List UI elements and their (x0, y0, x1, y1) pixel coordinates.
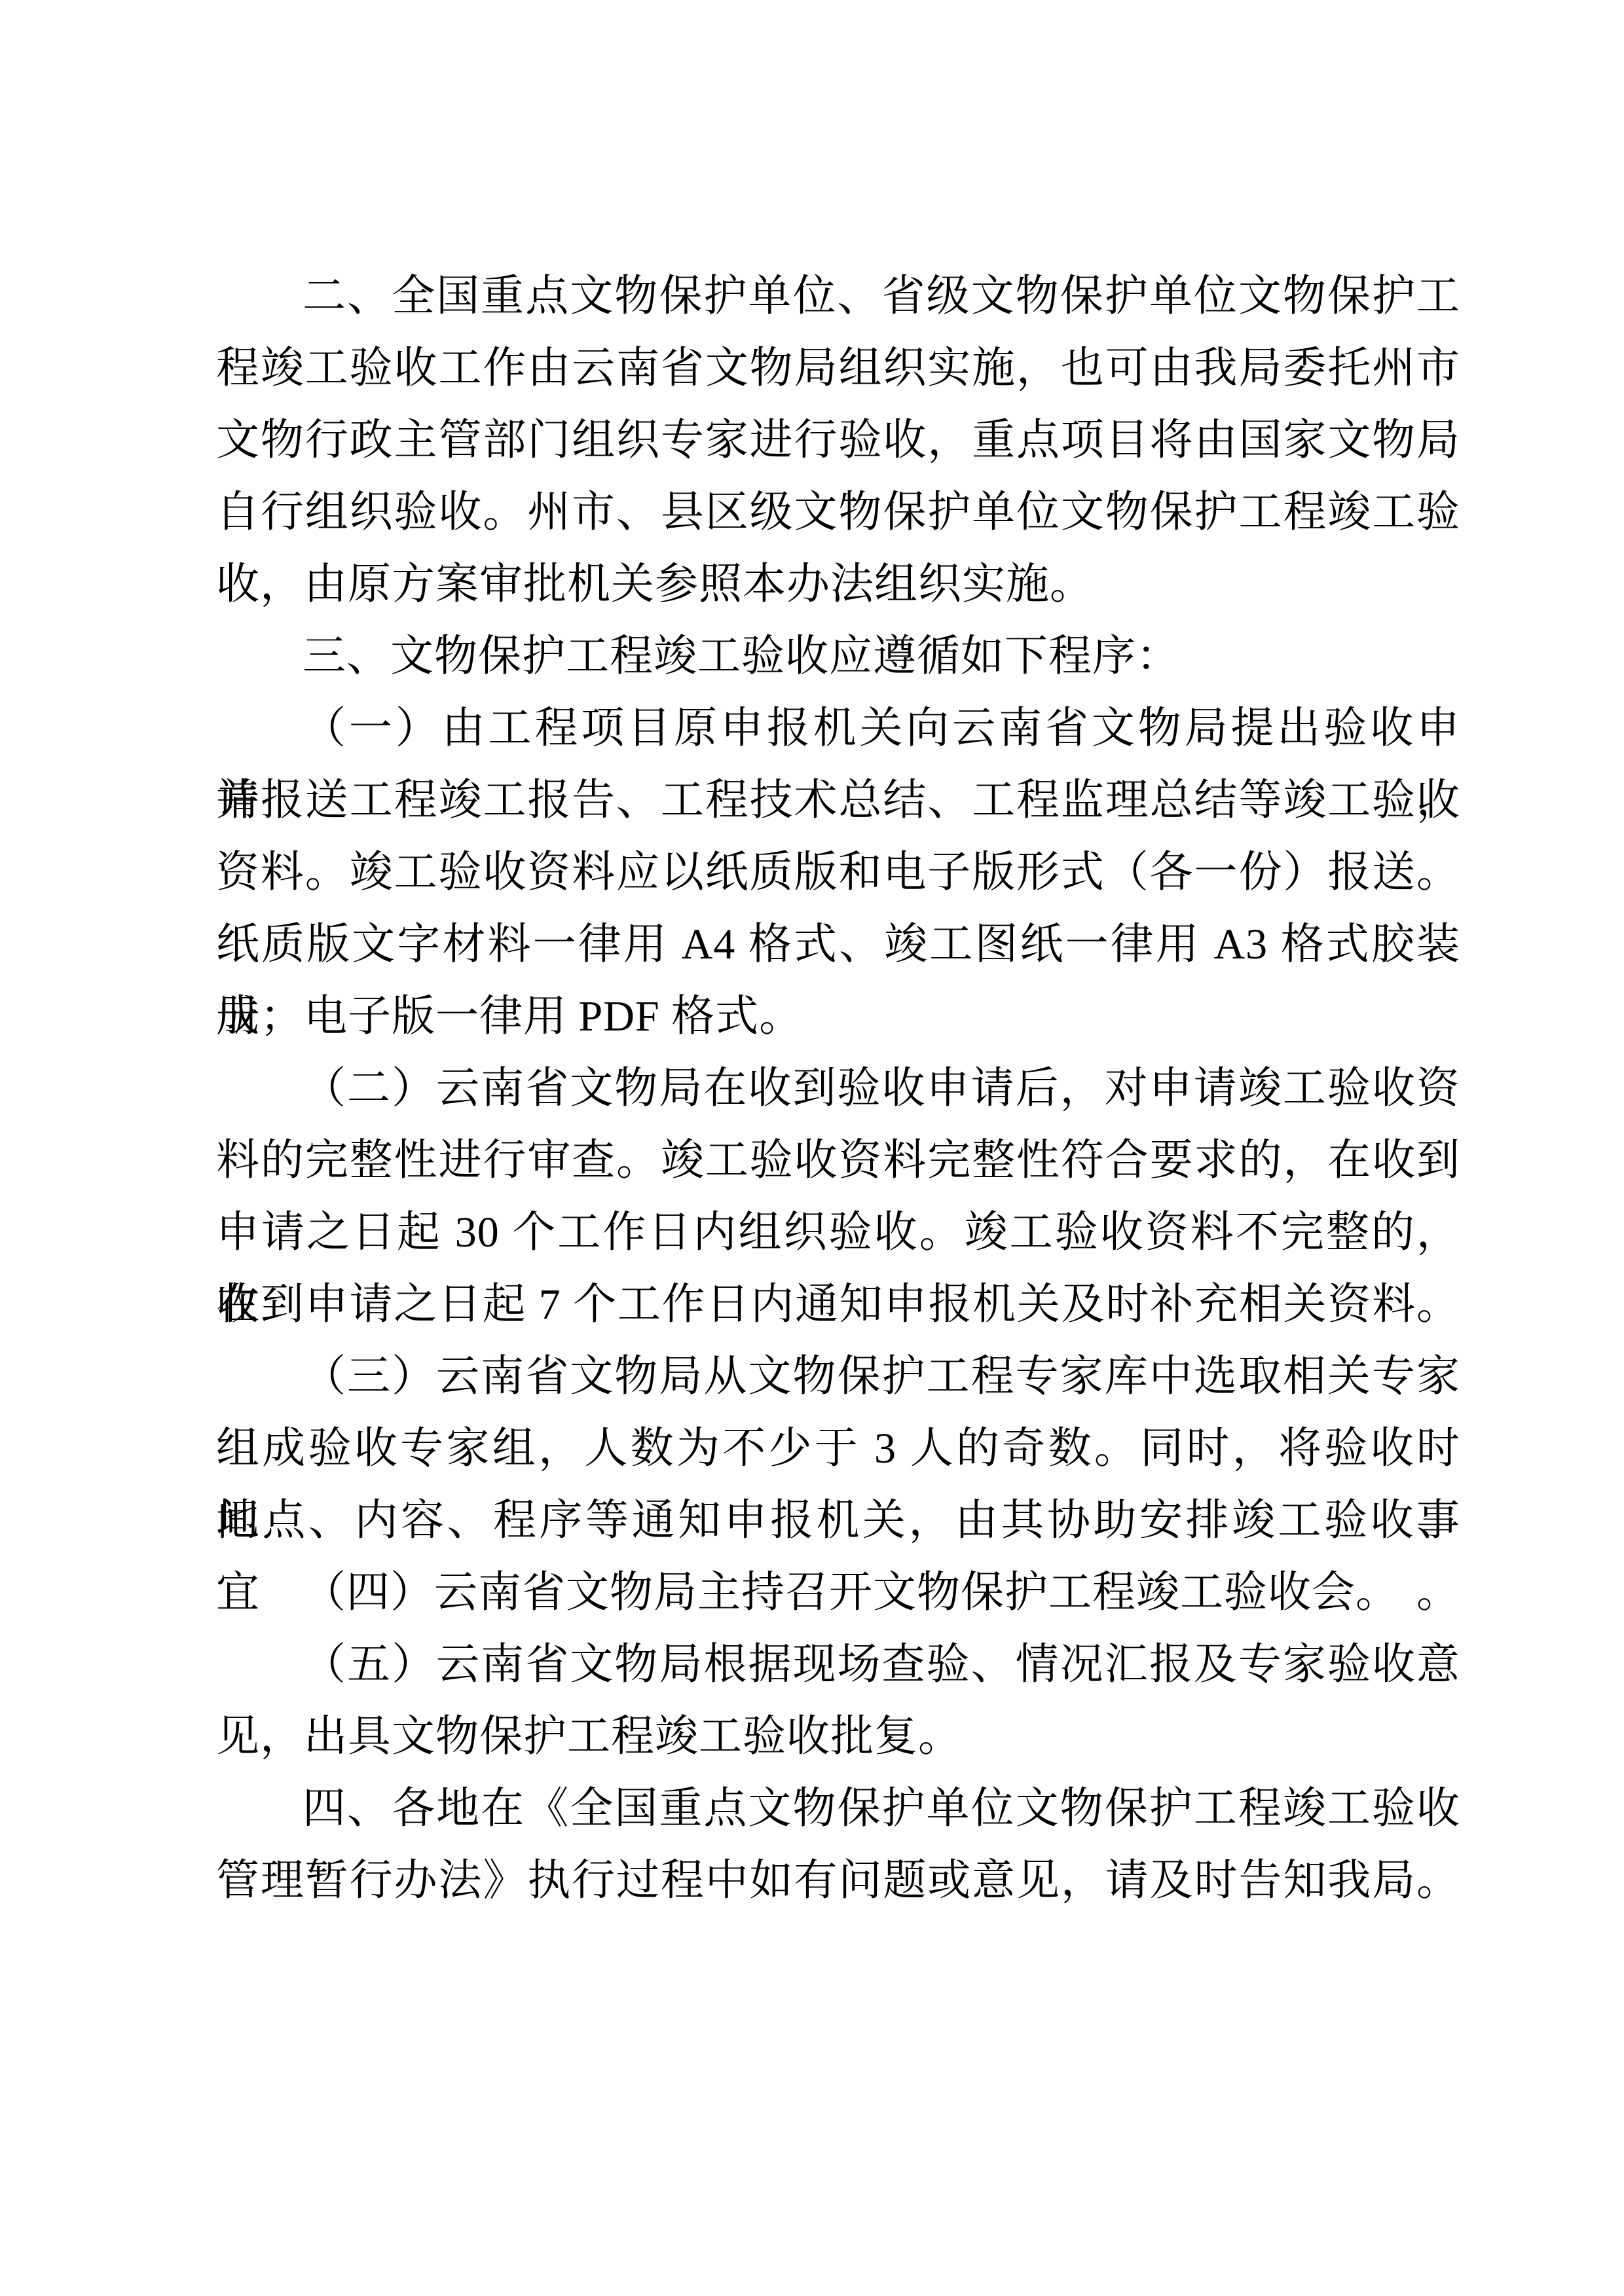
text-line: 四、各地在《全国重点文物保护单位文物保护工程竣工验收 (216, 1773, 1460, 1845)
text-line: 见，出具文物保护工程竣工验收批复。 (216, 1701, 1460, 1773)
text-line: 资料。竣工验收资料应以纸质版和电子版形式（各一份）报送。 (216, 837, 1460, 909)
text-line: （五）云南省文物局根据现场查验、情况汇报及专家验收意 (216, 1629, 1460, 1701)
document-page: 二、全国重点文物保护单位、省级文物保护单位文物保护工 程竣工验收工作由云南省文物… (0, 0, 1624, 2296)
text-line: （三）云南省文物局从文物保护工程专家库中选取相关专家 (216, 1341, 1460, 1413)
text-line: 料的完整性进行审查。竣工验收资料完整性符合要求的，在收到 (216, 1125, 1460, 1197)
text-line: 程竣工验收工作由云南省文物局组织实施，也可由我局委托州市 (216, 333, 1460, 405)
text-line: （二）云南省文物局在收到验收申请后，对申请竣工验收资 (216, 1053, 1460, 1125)
text-line: 三、文物保护工程竣工验收应遵循如下程序： (216, 621, 1460, 693)
text-line: 地点、内容、程序等通知申报机关，由其协助安排竣工验收事宜。 (216, 1485, 1460, 1557)
text-line: 纸质版文字材料一律用 A4 格式、竣工图纸一律用 A3 格式胶装成 (216, 909, 1460, 981)
text-line: 申请之日起 30 个工作日内组织验收。竣工验收资料不完整的，在 (216, 1197, 1460, 1269)
text-line: 自行组织验收。州市、县区级文物保护单位文物保护工程竣工验 (216, 477, 1460, 549)
text-line: 收到申请之日起 7 个工作日内通知申报机关及时补充相关资料。 (216, 1269, 1460, 1341)
text-line: （四）云南省文物局主持召开文物保护工程竣工验收会。 (216, 1557, 1460, 1629)
text-line: （一）由工程项目原申报机关向云南省文物局提出验收申请， (216, 693, 1460, 765)
text-line: 二、全国重点文物保护单位、省级文物保护单位文物保护工 (216, 261, 1460, 333)
text-line: 册；电子版一律用 PDF 格式。 (216, 981, 1460, 1053)
document-body: 二、全国重点文物保护单位、省级文物保护单位文物保护工 程竣工验收工作由云南省文物… (216, 261, 1460, 1917)
text-line: 组成验收专家组，人数为不少于 3 人的奇数。同时，将验收时间、 (216, 1413, 1460, 1485)
text-line: 收，由原方案审批机关参照本办法组织实施。 (216, 549, 1460, 621)
text-line: 文物行政主管部门组织专家进行验收，重点项目将由国家文物局 (216, 405, 1460, 477)
text-line: 管理暂行办法》执行过程中如有问题或意见，请及时告知我局。 (216, 1845, 1460, 1917)
text-line: 并报送工程竣工报告、工程技术总结、工程监理总结等竣工验收 (216, 765, 1460, 837)
